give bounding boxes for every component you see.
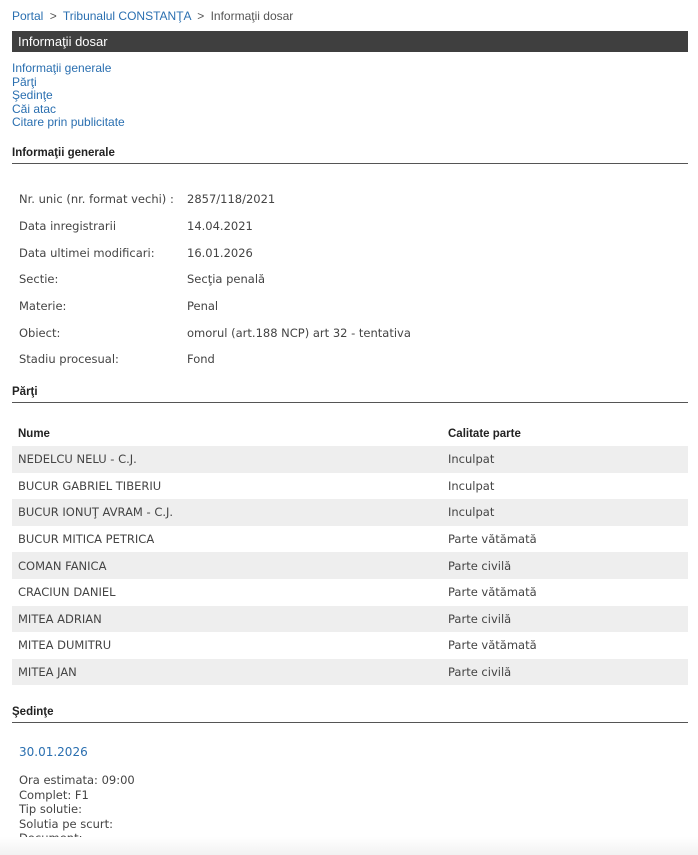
info-label: Data ultimei modificari: bbox=[19, 246, 187, 260]
page-title: Informaţii dosar bbox=[12, 31, 688, 52]
table-row: COMAN FANICA Parte civilă bbox=[12, 552, 688, 579]
section-heading-informatii-generale: Informaţii generale bbox=[12, 147, 688, 164]
sedinta-ora-estimata: Ora estimata: 09:00 bbox=[19, 773, 135, 788]
party-name: MITEA DUMITRU bbox=[12, 638, 446, 652]
breadcrumb-tribunal-link[interactable]: Tribunalul CONSTANŢA bbox=[63, 9, 191, 23]
party-name: MITEA JAN bbox=[12, 665, 446, 679]
info-row-data-inregistrarii: Data inregistrarii 14.04.2021 bbox=[19, 213, 411, 240]
info-row-stadiu-procesual: Stadiu procesual: Fond bbox=[19, 346, 411, 373]
party-role: Parte vătămată bbox=[446, 585, 688, 599]
table-header: Nume Calitate parte bbox=[12, 422, 688, 446]
party-role: Inculpat bbox=[446, 479, 688, 493]
table-row: CRACIUN DANIEL Parte vătămată bbox=[12, 579, 688, 606]
column-header-nume: Nume bbox=[12, 428, 446, 440]
party-name: NEDELCU NELU - C.J. bbox=[12, 452, 446, 466]
toc-link-cai-atac[interactable]: Căi atac bbox=[12, 103, 125, 117]
info-label: Sectie: bbox=[19, 272, 187, 286]
table-row: MITEA DUMITRU Parte vătămată bbox=[12, 632, 688, 659]
info-value: 2857/118/2021 bbox=[187, 192, 275, 206]
breadcrumb-current: Informaţii dosar bbox=[211, 9, 294, 23]
toc-link-parti[interactable]: Părţi bbox=[12, 76, 125, 90]
toc-link-informatii-generale[interactable]: Informaţii generale bbox=[12, 62, 125, 76]
table-of-contents: Informaţii generale Părţi Şedinţe Căi at… bbox=[12, 62, 125, 130]
party-role: Parte vătămată bbox=[446, 638, 688, 652]
breadcrumb-portal-link[interactable]: Portal bbox=[12, 9, 43, 23]
party-role: Inculpat bbox=[446, 452, 688, 466]
sedinta-solutia-pe-scurt: Solutia pe scurt: bbox=[19, 817, 135, 832]
section-heading-parti: Părţi bbox=[12, 386, 688, 403]
table-row: BUCUR GABRIEL TIBERIU Inculpat bbox=[12, 473, 688, 500]
table-row: BUCUR IONUŢ AVRAM - C.J. Inculpat bbox=[12, 499, 688, 526]
party-name: MITEA ADRIAN bbox=[12, 612, 446, 626]
party-role: Parte civilă bbox=[446, 612, 688, 626]
party-name: BUCUR MITICA PETRICA bbox=[12, 532, 446, 546]
table-row: NEDELCU NELU - C.J. Inculpat bbox=[12, 446, 688, 473]
breadcrumb-separator: > bbox=[197, 9, 204, 23]
party-name: BUCUR GABRIEL TIBERIU bbox=[12, 479, 446, 493]
info-value: Fond bbox=[187, 352, 215, 366]
table-row: BUCUR MITICA PETRICA Parte vătămată bbox=[12, 526, 688, 553]
info-value: 16.01.2026 bbox=[187, 246, 253, 260]
section-heading-sedinte: Şedinţe bbox=[12, 706, 688, 723]
sedinta-complet: Complet: F1 bbox=[19, 788, 135, 803]
info-row-sectie: Sectie: Secţia penală bbox=[19, 266, 411, 293]
info-value: 14.04.2021 bbox=[187, 219, 253, 233]
bottom-fade bbox=[0, 837, 698, 855]
info-row-data-ultimei-modificari: Data ultimei modificari: 16.01.2026 bbox=[19, 239, 411, 266]
info-row-materie: Materie: Penal bbox=[19, 293, 411, 320]
breadcrumb-separator: > bbox=[50, 9, 57, 23]
table-row: MITEA JAN Parte civilă bbox=[12, 659, 688, 686]
parti-table: Nume Calitate parte NEDELCU NELU - C.J. … bbox=[12, 422, 688, 685]
party-name: CRACIUN DANIEL bbox=[12, 585, 446, 599]
party-name: COMAN FANICA bbox=[12, 559, 446, 573]
column-header-calitate: Calitate parte bbox=[446, 428, 688, 440]
info-value: Penal bbox=[187, 299, 218, 313]
info-label: Materie: bbox=[19, 299, 187, 313]
info-value: Secţia penală bbox=[187, 272, 265, 286]
info-value: omorul (art.188 NCP) art 32 - tentativa bbox=[187, 326, 411, 340]
info-row-obiect: Obiect: omorul (art.188 NCP) art 32 - te… bbox=[19, 319, 411, 346]
general-info-table: Nr. unic (nr. format vechi) : 2857/118/2… bbox=[19, 186, 411, 373]
toc-link-sedinte[interactable]: Şedinţe bbox=[12, 89, 125, 103]
party-role: Inculpat bbox=[446, 505, 688, 519]
info-label: Data inregistrarii bbox=[19, 219, 187, 233]
sedinta-date-link[interactable]: 30.01.2026 bbox=[19, 745, 88, 759]
party-role: Parte civilă bbox=[446, 665, 688, 679]
info-row-nr-unic: Nr. unic (nr. format vechi) : 2857/118/2… bbox=[19, 186, 411, 213]
breadcrumb: Portal > Tribunalul CONSTANŢA > Informaţ… bbox=[12, 9, 293, 23]
party-role: Parte civilă bbox=[446, 559, 688, 573]
info-label: Nr. unic (nr. format vechi) : bbox=[19, 192, 187, 206]
party-name: BUCUR IONUŢ AVRAM - C.J. bbox=[12, 505, 446, 519]
toc-link-citare-publicitate[interactable]: Citare prin publicitate bbox=[12, 116, 125, 130]
table-row: MITEA ADRIAN Parte civilă bbox=[12, 606, 688, 633]
sedinta-details: Ora estimata: 09:00 Complet: F1 Tip solu… bbox=[19, 773, 135, 846]
party-role: Parte vătămată bbox=[446, 532, 688, 546]
info-label: Stadiu procesual: bbox=[19, 352, 187, 366]
sedinta-tip-solutie: Tip solutie: bbox=[19, 802, 135, 817]
info-label: Obiect: bbox=[19, 326, 187, 340]
